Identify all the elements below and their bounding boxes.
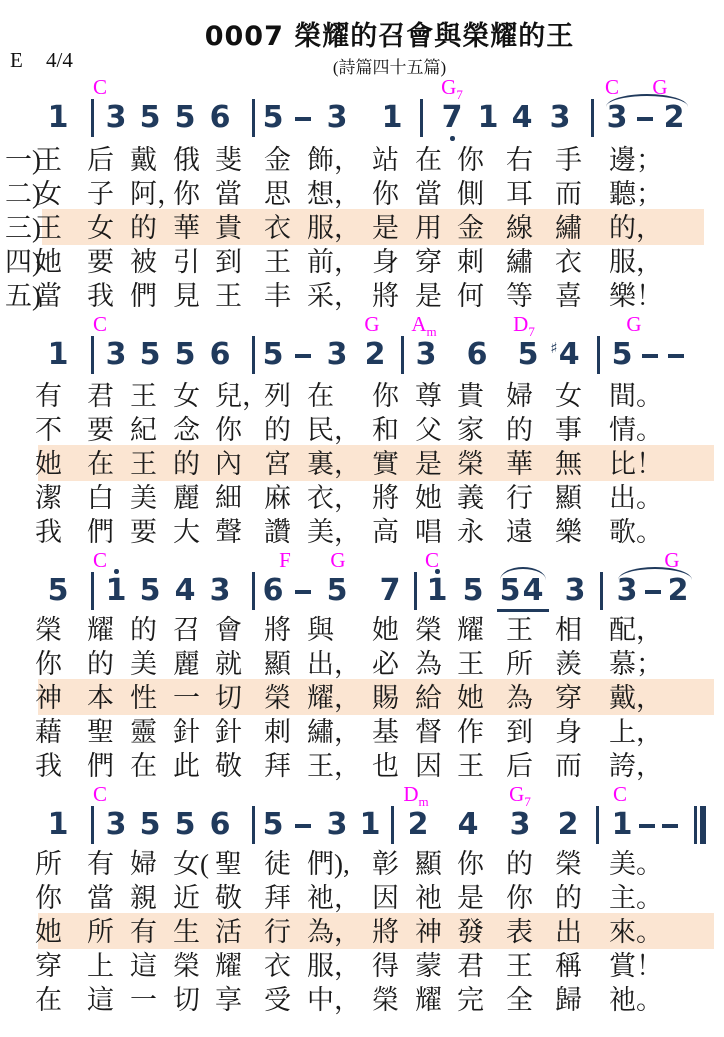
lyric-char: 當 (415, 178, 442, 210)
lyric-char: 近 (173, 882, 200, 914)
lyric-char: 義 (457, 482, 484, 514)
chord-label: C (425, 549, 439, 571)
note: 5 (327, 576, 348, 606)
lyric-char: 無 (555, 448, 582, 480)
lyric-char: 敬 (215, 750, 242, 782)
lyric-char: 站 (372, 144, 399, 176)
lyric-char: 是 (415, 448, 442, 480)
chord-label: G (364, 313, 379, 335)
lyric-char: 顯 (264, 648, 291, 680)
chord-label: G (330, 549, 345, 571)
lyric-char: 貴 (457, 380, 484, 412)
lyric-char: 的， (609, 212, 663, 244)
lyric-char: 王 (35, 144, 62, 176)
lyric-char: 間。 (609, 380, 663, 412)
lyric-char: 女( (173, 848, 209, 880)
barline (252, 336, 255, 374)
lyric-char: 邊； (609, 144, 663, 176)
lyric-char: 王 (506, 614, 533, 646)
lyric-char: 為， (307, 916, 361, 948)
lyric-char: 飾， (307, 144, 361, 176)
lyric-char: 王 (457, 750, 484, 782)
lyric-char: 的 (506, 848, 533, 880)
lyric-char: 大 (173, 516, 200, 548)
lyric-char: 針 (215, 716, 242, 748)
barline (252, 572, 255, 610)
lyric-char: 因 (415, 750, 442, 782)
lyric-char: 所 (35, 848, 62, 880)
lyric-char: 繡 (555, 212, 582, 244)
lyric-char: 賞！ (609, 950, 663, 982)
note: 6 (210, 103, 231, 133)
lyric-char: 衣 (264, 950, 291, 982)
lyric-char: 蒙 (415, 950, 442, 982)
lyric-char: 思 (264, 178, 291, 210)
lyric-char: 一 (130, 984, 157, 1016)
lyric-char: 君 (87, 380, 114, 412)
lyric-char: 榮 (173, 950, 200, 982)
lyric-char: 所 (87, 916, 114, 948)
lyric-char: 高 (372, 516, 399, 548)
lyric-char: 此 (173, 750, 200, 782)
lyric-char: 采， (307, 280, 361, 312)
lyric-char: 服， (307, 212, 361, 244)
lyric-char: 行 (506, 482, 533, 514)
lyric-char: 在 (415, 144, 442, 176)
note: 1 (48, 810, 69, 840)
lyric-char: 性 (130, 682, 157, 714)
lyric-char: 給 (415, 682, 442, 714)
note: 1 (478, 103, 499, 133)
lyric-char: 和 (372, 414, 399, 446)
note: 6 (467, 340, 488, 370)
lyric-char: 你 (35, 882, 62, 914)
lyric-char: 們 (87, 750, 114, 782)
lyric-char: 線 (506, 212, 533, 244)
octave-dot-high (435, 569, 440, 574)
lyric-char: 刺 (264, 716, 291, 748)
lyric-char: 榮 (372, 984, 399, 1016)
lyric-char: 與 (307, 614, 334, 646)
lyric-char: 會 (215, 614, 242, 646)
note: 1 (48, 103, 69, 133)
lyric-char: 被 (130, 246, 157, 278)
lyric-char: 喜 (555, 280, 582, 312)
lyric-char: 想， (307, 178, 361, 210)
lyric-char: 何 (457, 280, 484, 312)
note: 5 (140, 810, 161, 840)
duration-dash (645, 590, 661, 594)
lyric-char: 麻 (264, 482, 291, 514)
lyric-char: 家 (457, 414, 484, 446)
lyric-char: 繡， (307, 716, 361, 748)
barline (91, 336, 94, 374)
lyric-char: 側 (457, 178, 484, 210)
note: 5 (175, 810, 196, 840)
lyric-char: 斐 (215, 144, 242, 176)
note: 1 (612, 810, 633, 840)
lyric-char: 相 (555, 614, 582, 646)
lyric-char: 耀 (457, 614, 484, 646)
note: 4 (458, 810, 479, 840)
lyric-char: 民， (307, 414, 361, 446)
lyric-char: 戴 (130, 144, 157, 176)
lyric-char: 要 (87, 414, 114, 446)
lyric-char: 你 (372, 178, 399, 210)
lyric-char: 的 (87, 648, 114, 680)
lyric-char: 榮 (457, 448, 484, 480)
hymn-sheet: 0007 榮耀的召會與榮耀的王 E 4/4 (詩篇四十五篇) CG7CG1355… (0, 0, 724, 1037)
lyric-char: 聽； (609, 178, 663, 210)
duration-dash (642, 354, 658, 358)
lyric-char: 美 (130, 482, 157, 514)
note: 3 (510, 810, 531, 840)
lyric-char: 親 (130, 882, 157, 914)
barline (401, 336, 404, 374)
lyric-char: 服， (609, 246, 663, 278)
lyric-char: 她 (35, 246, 62, 278)
duration-dash (637, 117, 653, 121)
note: 5 (48, 576, 69, 606)
note: 5 (263, 340, 284, 370)
lyric-char: 唱 (415, 516, 442, 548)
lyric-char: 父 (415, 414, 442, 446)
lyric-char: 王， (307, 750, 361, 782)
note: 1 (427, 576, 448, 606)
duration-dash (639, 824, 655, 828)
lyric-char: 她 (35, 916, 62, 948)
lyric-char: 金 (264, 144, 291, 176)
note: 2 (558, 810, 579, 840)
lyric-char: 就 (215, 648, 242, 680)
chord-label: F (279, 549, 291, 571)
lyric-char: 你 (506, 882, 533, 914)
lyric-char: 衣， (307, 482, 361, 514)
lyric-char: 出 (555, 916, 582, 948)
note: 7 (380, 576, 401, 606)
lyric-char: 穿 (35, 950, 62, 982)
lyric-char: 的 (506, 414, 533, 446)
lyric-char: 這 (87, 984, 114, 1016)
lyric-char: 耀， (307, 682, 361, 714)
lyric-char: 她 (372, 614, 399, 646)
lyric-char: 戴， (609, 682, 663, 714)
tie-slur-arc (618, 567, 692, 580)
lyric-char: 衣 (264, 212, 291, 244)
lyric-char: 的 (130, 614, 157, 646)
lyric-char: 你 (457, 848, 484, 880)
lyric-char: 你 (173, 178, 200, 210)
chord-label: C (93, 313, 107, 335)
lyric-char: 為 (506, 682, 533, 714)
lyric-char: 主。 (609, 882, 663, 914)
final-barline-thin (694, 806, 697, 844)
note: 5 (463, 576, 484, 606)
lyric-char: 君 (457, 950, 484, 982)
duration-dash (295, 590, 311, 594)
lyric-char: 切 (215, 682, 242, 714)
lyric-char: 耀 (215, 950, 242, 982)
lyric-char: 彰 (372, 848, 399, 880)
note: 5 (175, 340, 196, 370)
note: 3 (416, 340, 437, 370)
barline (91, 572, 94, 610)
lyric-char: 們 (130, 280, 157, 312)
chord-label: C (93, 549, 107, 571)
lyric-char: 我 (35, 750, 62, 782)
lyric-char: 念 (173, 414, 200, 446)
lyric-char: 拜 (264, 882, 291, 914)
note: 3 (106, 340, 127, 370)
lyric-char: 王 (506, 950, 533, 982)
lyric-char: 發 (457, 916, 484, 948)
lyric-char: 耀 (87, 614, 114, 646)
lyric-char: 到 (215, 246, 242, 278)
lyric-char: 聖 (215, 848, 242, 880)
lyric-char: 歌。 (609, 516, 663, 548)
lyric-char: 我 (35, 516, 62, 548)
lyric-char: 見 (173, 280, 200, 312)
lyric-char: 比！ (609, 448, 663, 480)
lyric-char: 遠 (506, 516, 533, 548)
note: 3 (210, 576, 231, 606)
lyric-char: 她 (457, 682, 484, 714)
lyric-char: 生 (173, 916, 200, 948)
lyric-char: 在 (87, 448, 114, 480)
duration-dash (668, 354, 684, 358)
lyric-char: 當 (87, 882, 114, 914)
lyric-char: 穿 (555, 682, 582, 714)
lyric-char: 督 (415, 716, 442, 748)
lyric-char: 有 (130, 916, 157, 948)
lyric-char: 靈 (130, 716, 157, 748)
lyric-char: 受 (264, 984, 291, 1016)
lyric-char: 耀 (415, 984, 442, 1016)
lyric-char: 女 (35, 178, 62, 210)
lyric-char: 這 (130, 950, 157, 982)
lyric-char: 有 (35, 380, 62, 412)
lyric-char: 中， (307, 984, 361, 1016)
lyric-char: 美。 (609, 848, 663, 880)
lyric-char: 王 (130, 448, 157, 480)
lyric-char: 服， (307, 950, 361, 982)
lyric-char: 神 (35, 682, 62, 714)
note: 3 (607, 103, 628, 133)
lyric-char: 的 (264, 414, 291, 446)
lyric-char: 樂 (555, 516, 582, 548)
note: 3 (617, 576, 638, 606)
lyric-char: 得 (372, 950, 399, 982)
note: 3 (106, 810, 127, 840)
lyric-char: 完 (457, 984, 484, 1016)
chord-label: C (93, 76, 107, 98)
note: ♯4 (550, 340, 579, 374)
lyric-char: 針 (173, 716, 200, 748)
lyric-char: 召 (173, 614, 200, 646)
note: 6 (210, 340, 231, 370)
chord-label: C (93, 783, 107, 805)
note: 5 (140, 103, 161, 133)
note: 5 (263, 103, 284, 133)
barline (600, 572, 603, 610)
note: 5 (500, 576, 521, 606)
note: 2 (365, 340, 386, 370)
lyric-char: 身 (372, 246, 399, 278)
lyric-char: 必 (372, 648, 399, 680)
lyric-char: 祂 (415, 882, 442, 914)
note: 3 (327, 810, 348, 840)
lyric-char: 到 (506, 716, 533, 748)
note: 2 (668, 576, 689, 606)
lyric-char: 神 (415, 916, 442, 948)
lyric-char: 徒 (264, 848, 291, 880)
lyric-char: 是 (457, 882, 484, 914)
lyric-char: 美 (130, 648, 157, 680)
note: 3 (565, 576, 586, 606)
barline (596, 806, 599, 844)
lyric-char: 俄 (173, 144, 200, 176)
lyric-char: 后 (506, 750, 533, 782)
lyric-char: 配， (609, 614, 663, 646)
lyric-char: 王 (130, 380, 157, 412)
lyric-char: 顯 (555, 482, 582, 514)
lyric-char: 藉 (35, 716, 62, 748)
note: 4 (175, 576, 196, 606)
lyric-char: 聖 (87, 716, 114, 748)
lyric-char: 將 (372, 482, 399, 514)
lyric-char: 榮 (555, 848, 582, 880)
barline (420, 99, 423, 137)
lyric-char: 將 (372, 280, 399, 312)
lyric-char: 在 (307, 380, 334, 412)
lyric-char: 貴 (215, 212, 242, 244)
duration-dash (295, 117, 311, 121)
lyric-char: 稱 (555, 950, 582, 982)
lyric-char: 實 (372, 448, 399, 480)
lyric-char: 子 (87, 178, 114, 210)
barline (252, 806, 255, 844)
lyric-char: 王 (457, 648, 484, 680)
lyric-char: 們), (307, 848, 350, 880)
lyric-char: 是 (415, 280, 442, 312)
final-barline-thick (700, 806, 706, 844)
lyric-char: 活 (215, 916, 242, 948)
lyric-char: 賜 (372, 682, 399, 714)
octave-dot-high (114, 569, 119, 574)
lyric-char: 祂。 (609, 984, 663, 1016)
lyric-char: 將 (372, 916, 399, 948)
chord-label: C (613, 783, 627, 805)
lyric-char: 身 (555, 716, 582, 748)
lyric-char: 享 (215, 984, 242, 1016)
lyric-char: 本 (87, 682, 114, 714)
chord-label: C (605, 76, 619, 98)
lyric-char: 你 (35, 648, 62, 680)
lyric-char: 而 (555, 750, 582, 782)
lyric-char: 來。 (609, 916, 663, 948)
lyric-char: 們 (87, 516, 114, 548)
lyric-char: 祂， (307, 882, 361, 914)
lyric-char: 而 (555, 178, 582, 210)
barline (591, 99, 594, 137)
lyric-char: 一 (173, 682, 200, 714)
lyric-char: 用 (415, 212, 442, 244)
note: 6 (210, 810, 231, 840)
note: 4 (523, 576, 544, 606)
lyric-char: 后 (87, 144, 114, 176)
tie-slur-arc (500, 567, 546, 580)
lyric-char: 上 (87, 950, 114, 982)
lyric-char: 王 (35, 212, 62, 244)
lyric-char: 拜 (264, 750, 291, 782)
note: 1 (382, 103, 403, 133)
lyric-char: 刺 (457, 246, 484, 278)
lyric-char: 宮 (264, 448, 291, 480)
note: 5 (175, 103, 196, 133)
lyric-char: 麗 (173, 482, 200, 514)
lyric-char: 王 (264, 246, 291, 278)
lyric-char: 羨 (555, 648, 582, 680)
lyric-char: 王 (215, 280, 242, 312)
lyric-char: 在 (130, 750, 157, 782)
lyric-char: 潔 (35, 482, 62, 514)
note: 3 (106, 103, 127, 133)
lyric-char: 等 (506, 280, 533, 312)
note: 5 (263, 810, 284, 840)
barline (91, 806, 94, 844)
lyric-char: 你 (215, 414, 242, 446)
lyric-char: 因 (372, 882, 399, 914)
lyric-char: 行 (264, 916, 291, 948)
lyric-char: 右 (506, 144, 533, 176)
lyric-char: 切 (173, 984, 200, 1016)
barline (414, 572, 417, 610)
barline (91, 99, 94, 137)
lyric-char: 要 (87, 246, 114, 278)
lyric-char: 婦 (130, 848, 157, 880)
lyric-char: 女 (173, 380, 200, 412)
lyric-char: 白 (87, 482, 114, 514)
lyric-char: 裏， (307, 448, 361, 480)
lyric-char: 歸 (555, 984, 582, 1016)
lyric-char: 有 (87, 848, 114, 880)
lyric-char: 聲 (215, 516, 242, 548)
lyric-char: 為 (415, 648, 442, 680)
note: 3 (327, 103, 348, 133)
note: 1 (106, 576, 127, 606)
lyric-char: 尊 (415, 380, 442, 412)
duration-dash (662, 824, 678, 828)
lyric-char: 婦 (506, 380, 533, 412)
lyric-char: 當 (35, 280, 62, 312)
lyric-char: 麗 (173, 648, 200, 680)
lyric-char: 要 (130, 516, 157, 548)
lyric-char: 在 (35, 984, 62, 1016)
lyric-char: 耳 (506, 178, 533, 210)
lyric-char: 美， (307, 516, 361, 548)
lyric-char: 當 (215, 178, 242, 210)
lyric-char: 內 (215, 448, 242, 480)
lyric-char: 華 (173, 212, 200, 244)
note: 5 (612, 340, 633, 370)
barline (597, 336, 600, 374)
note: 5 (518, 340, 539, 370)
lyric-char: 慕； (609, 648, 663, 680)
lyric-char: 衣 (555, 246, 582, 278)
barline (252, 99, 255, 137)
lyric-char: 前， (307, 246, 361, 278)
duration-dash (295, 354, 311, 358)
